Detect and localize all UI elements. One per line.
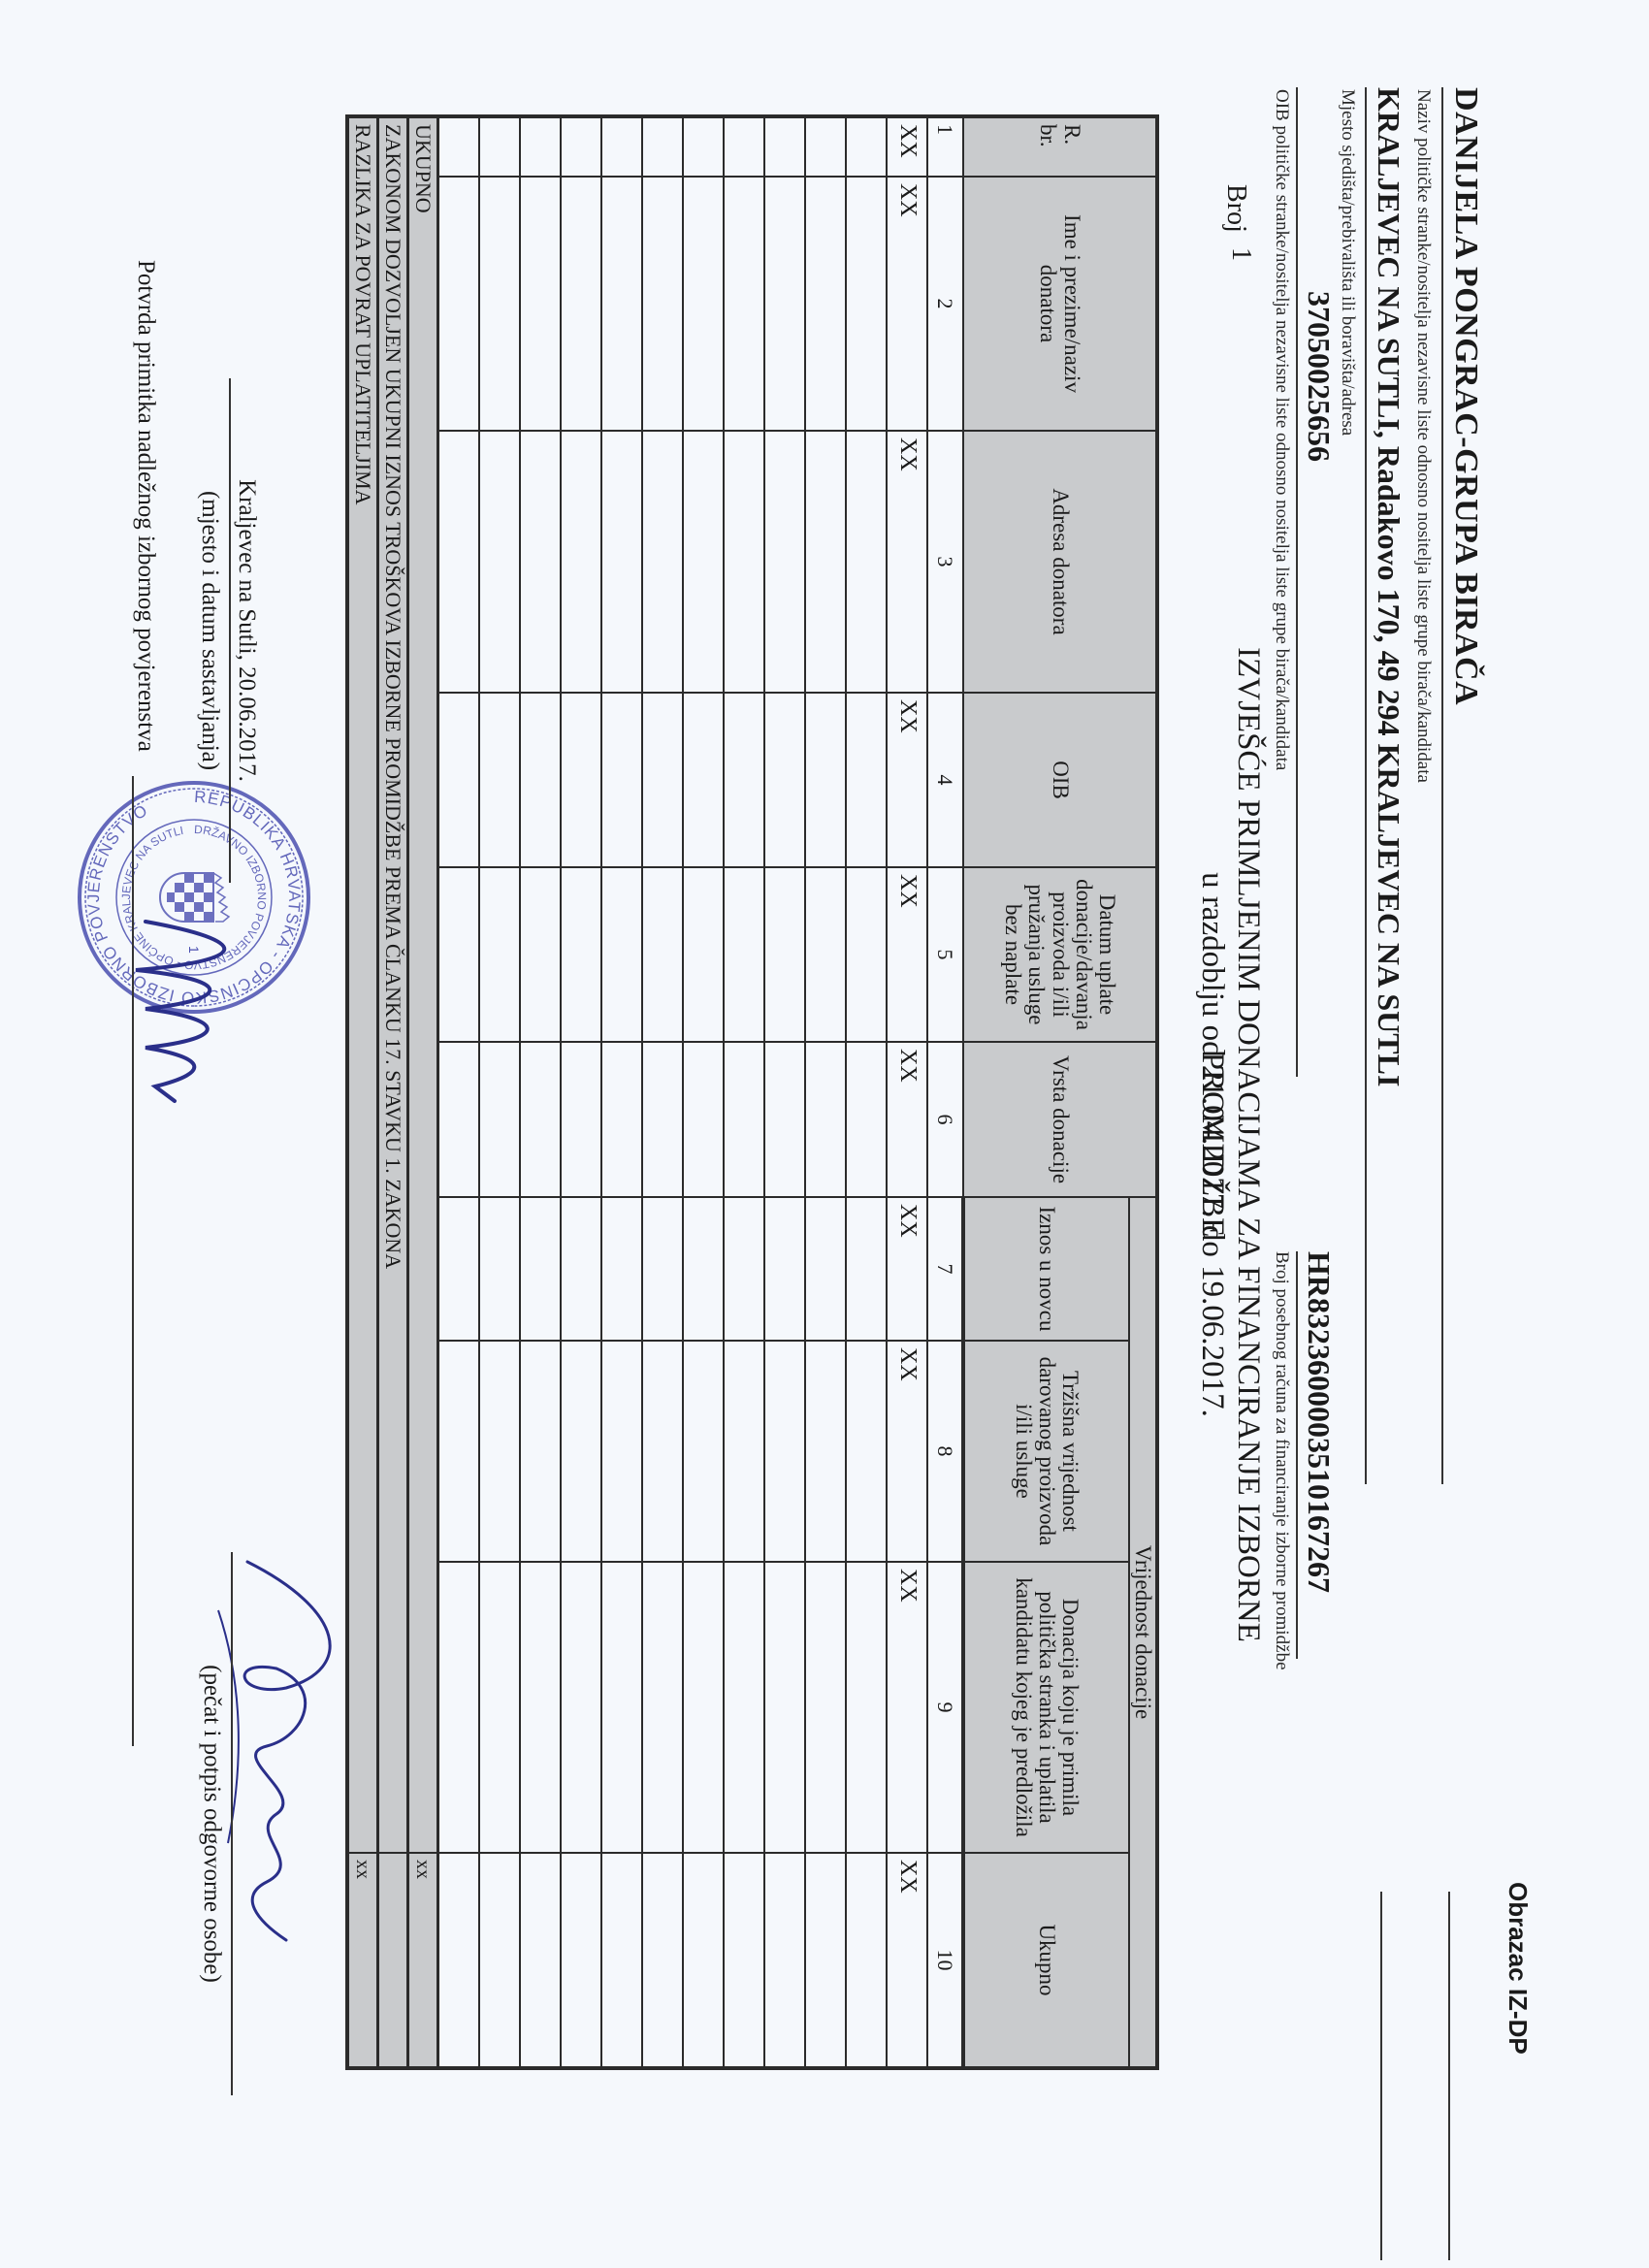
table-cell — [846, 1853, 887, 2068]
table-cell — [724, 1042, 764, 1197]
table-row: XXXXXXXXXXXXXXXXXXXX — [887, 116, 927, 2068]
table-cell — [561, 1341, 601, 1562]
table-cell — [642, 177, 683, 431]
table-cell — [683, 693, 724, 867]
party-oib-caption: OIB političke stranke/nositelja nezavisn… — [1271, 89, 1292, 770]
table-cell — [683, 1197, 724, 1341]
signature-caption: (pečat i potpis odgovorne osobe) — [198, 1552, 225, 2095]
table-cell — [724, 693, 764, 867]
signature-line — [231, 1552, 233, 2095]
table-cell — [561, 867, 601, 1042]
table-row-empty — [764, 116, 805, 2068]
column-header: Donacija koju je primila politička stran… — [963, 1562, 1129, 1853]
table-cell — [520, 431, 561, 693]
value-group-header: Vrijednost donacije — [1129, 1197, 1157, 2068]
column-header: Adresa donatora — [963, 431, 1157, 693]
table-cell — [438, 1562, 480, 1853]
table-cell — [724, 431, 764, 693]
table-cell — [724, 177, 764, 431]
table-cell — [805, 177, 846, 431]
table-cell — [846, 693, 887, 867]
table-cell — [764, 867, 805, 1042]
table-cell — [438, 431, 480, 693]
column-number: 1 — [927, 116, 963, 177]
place-and-date-caption: (mjesto i datum sastavljanja) — [196, 378, 223, 883]
table-cell: XX — [887, 431, 927, 693]
column-number: 4 — [927, 693, 963, 867]
table-cell — [642, 116, 683, 177]
account-number: HR8323600003510167267 — [1301, 1251, 1337, 1593]
table-cell — [764, 693, 805, 867]
report-number-label: Broj — [1220, 184, 1251, 233]
table-cell — [561, 1562, 601, 1853]
table-cell — [479, 116, 520, 177]
table-cell — [438, 693, 480, 867]
table-cell — [561, 177, 601, 431]
place-and-date: Kraljevec na Sutli, 20.06.2017. — [229, 378, 260, 883]
table-cell — [846, 1562, 887, 1853]
table-cell — [683, 867, 724, 1042]
table-cell — [764, 1562, 805, 1853]
table-cell: XX — [887, 116, 927, 177]
summary-row: ZAKONOM DOZVOLJEN UKUPNI IZNOS TROŠKOVA … — [378, 116, 408, 2068]
table-cell — [724, 1197, 764, 1341]
form-code-line-1 — [1448, 1892, 1450, 2260]
table-cell — [561, 1197, 601, 1341]
column-number: 5 — [927, 867, 963, 1042]
table-cell — [601, 1197, 642, 1341]
table-cell — [805, 1341, 846, 1562]
table-row-empty — [479, 116, 520, 2068]
committee-signature — [97, 902, 291, 1116]
table-cell — [438, 1042, 480, 1197]
column-number: 8 — [927, 1341, 963, 1562]
table-cell — [601, 116, 642, 177]
table-cell — [805, 693, 846, 867]
table-cell — [601, 867, 642, 1042]
table-row-empty — [724, 116, 764, 2068]
scanned-form-sheet: Obrazac IZ-DP DANIJELA PONGRAC-GRUPA BIR… — [0, 0, 1649, 2268]
table-cell — [520, 177, 561, 431]
donations-table: R. br. Ime i prezime/naziv donatora Adre… — [345, 114, 1159, 2070]
form-code: Obrazac IZ-DP — [1503, 1882, 1533, 2055]
column-number: 7 — [927, 1197, 963, 1341]
table-cell: XX — [887, 177, 927, 431]
table-cell — [438, 1341, 480, 1562]
table-cell — [520, 1341, 561, 1562]
party-oib: 37050025656 — [1301, 291, 1337, 640]
table-cell — [805, 1042, 846, 1197]
table-cell — [846, 116, 887, 177]
table-cell — [642, 1853, 683, 2068]
table-cell — [601, 1042, 642, 1197]
table-cell — [561, 116, 601, 177]
table-cell — [642, 1042, 683, 1197]
table-cell: XX — [887, 1853, 927, 2068]
table-cell — [561, 1042, 601, 1197]
table-cell — [479, 431, 520, 693]
table-cell — [724, 1853, 764, 2068]
table-cell — [846, 1197, 887, 1341]
table-cell — [846, 431, 887, 693]
summary-label: ZAKONOM DOZVOLJEN UKUPNI IZNOS TROŠKOVA … — [378, 116, 408, 1853]
table-cell — [601, 177, 642, 431]
party-name-caption: Naziv političke stranke/nositelja nezavi… — [1412, 89, 1434, 783]
table-cell: XX — [887, 1562, 927, 1853]
column-number: 10 — [927, 1853, 963, 2068]
table-cell — [520, 1197, 561, 1341]
table-row-empty — [561, 116, 601, 2068]
table-cell — [764, 1197, 805, 1341]
table-cell — [642, 431, 683, 693]
table-cell — [846, 1341, 887, 1562]
table-group-header-row: R. br. Ime i prezime/naziv donatora Adre… — [1129, 116, 1157, 2068]
table-cell — [438, 1853, 480, 2068]
table-cell — [764, 177, 805, 431]
table-cell — [438, 116, 480, 177]
table-cell — [601, 431, 642, 693]
table-cell — [805, 116, 846, 177]
oib-underline — [1296, 87, 1298, 1077]
column-header: Ime i prezime/naziv donatora — [963, 177, 1157, 431]
table-cell — [846, 867, 887, 1042]
table-row-empty — [601, 116, 642, 2068]
table-cell — [764, 431, 805, 693]
party-name: DANIJELA PONGRAC-GRUPA BIRAČA — [1441, 87, 1484, 1484]
column-header: Tržišna vrijednost darovanog proizvoda i… — [963, 1341, 1129, 1562]
table-cell — [479, 1562, 520, 1853]
table-cell — [683, 1562, 724, 1853]
table-cell — [520, 1042, 561, 1197]
table-cell: XX — [887, 1197, 927, 1341]
table-cell — [805, 1853, 846, 2068]
table-cell — [561, 1853, 601, 2068]
table-cell — [601, 1562, 642, 1853]
table-cell — [479, 177, 520, 431]
report-period: u razdoblju od 21.04.2017. do 19.06.2017… — [1194, 563, 1230, 1727]
column-number: 2 — [927, 177, 963, 431]
table-cell — [601, 1341, 642, 1562]
table-cell — [642, 1562, 683, 1853]
table-row-empty — [520, 116, 561, 2068]
table-cell — [479, 693, 520, 867]
table-cell — [764, 1042, 805, 1197]
table-cell — [683, 1341, 724, 1562]
table-cell — [724, 1341, 764, 1562]
column-header: Vrsta donacije — [963, 1042, 1157, 1197]
summary-label: UKUPNO — [408, 116, 438, 1853]
table-cell — [683, 177, 724, 431]
column-header: Ukupno — [963, 1853, 1129, 2068]
table-row-empty — [438, 116, 480, 2068]
column-number: 9 — [927, 1562, 963, 1853]
table-cell — [479, 1853, 520, 2068]
table-cell — [642, 693, 683, 867]
table-row-empty — [642, 116, 683, 2068]
table-cell — [438, 867, 480, 1042]
table-cell — [724, 116, 764, 177]
table-cell — [805, 1197, 846, 1341]
party-address: KRALJEVEC NA SUTLI, Radakovo 170, 49 294… — [1365, 87, 1406, 1484]
table-cell — [683, 1042, 724, 1197]
table-cell — [764, 116, 805, 177]
column-number: 3 — [927, 431, 963, 693]
table-cell — [479, 867, 520, 1042]
table-cell — [601, 1853, 642, 2068]
table-cell — [601, 693, 642, 867]
table-cell — [805, 431, 846, 693]
table-cell — [520, 1562, 561, 1853]
table-cell — [683, 1853, 724, 2068]
table-cell — [479, 1042, 520, 1197]
table-cell: XX — [887, 693, 927, 867]
account-underline — [1296, 1251, 1298, 1659]
receipt-confirmation-line — [132, 776, 134, 1746]
table-cell — [520, 1853, 561, 2068]
summary-value — [378, 1853, 408, 2068]
table-cell — [520, 693, 561, 867]
table-cell — [438, 177, 480, 431]
form-code-line-2 — [1380, 1892, 1382, 2260]
table-cell — [520, 867, 561, 1042]
table-cell — [805, 867, 846, 1042]
column-header: Datum uplate donacije/davanja proizvoda … — [963, 867, 1157, 1042]
column-header: R. br. — [963, 116, 1157, 177]
table-cell — [724, 1562, 764, 1853]
table-cell — [642, 1197, 683, 1341]
table-cell — [846, 177, 887, 431]
table-cell — [764, 1341, 805, 1562]
table-row-empty — [805, 116, 846, 2068]
table-cell — [805, 1562, 846, 1853]
table-row-empty — [846, 116, 887, 2068]
table-cell — [561, 693, 601, 867]
column-number: 6 — [927, 1042, 963, 1197]
table-cell — [764, 1853, 805, 2068]
table-cell — [724, 867, 764, 1042]
table-cell — [683, 431, 724, 693]
table-cell — [683, 116, 724, 177]
summary-value: xx — [408, 1853, 438, 2068]
table-cell: XX — [887, 1042, 927, 1197]
table-cell: XX — [887, 1341, 927, 1562]
table-cell: XX — [887, 867, 927, 1042]
table-cell — [520, 116, 561, 177]
column-header: OIB — [963, 693, 1157, 867]
report-number-value: 1 — [1225, 247, 1256, 261]
account-caption: Broj posebnog računa za financiranje izb… — [1271, 1251, 1292, 1670]
table-cell — [438, 1197, 480, 1341]
table-row-empty — [683, 116, 724, 2068]
column-header: Iznos u novcu — [963, 1197, 1129, 1341]
receipt-confirmation-label: Potvrda primitka nadležnog izbornog povj… — [132, 260, 159, 752]
column-number-row: 1 2 3 4 5 6 7 8 9 10 — [927, 116, 963, 2068]
table-cell — [561, 431, 601, 693]
table-cell — [479, 1197, 520, 1341]
table-cell — [846, 1042, 887, 1197]
table-cell — [479, 1341, 520, 1562]
party-address-caption: Mjesto sjedišta/prebivališta ili boraviš… — [1337, 89, 1358, 436]
table-cell — [642, 867, 683, 1042]
summary-row: UKUPNOxx — [408, 116, 438, 2068]
table-cell — [642, 1341, 683, 1562]
